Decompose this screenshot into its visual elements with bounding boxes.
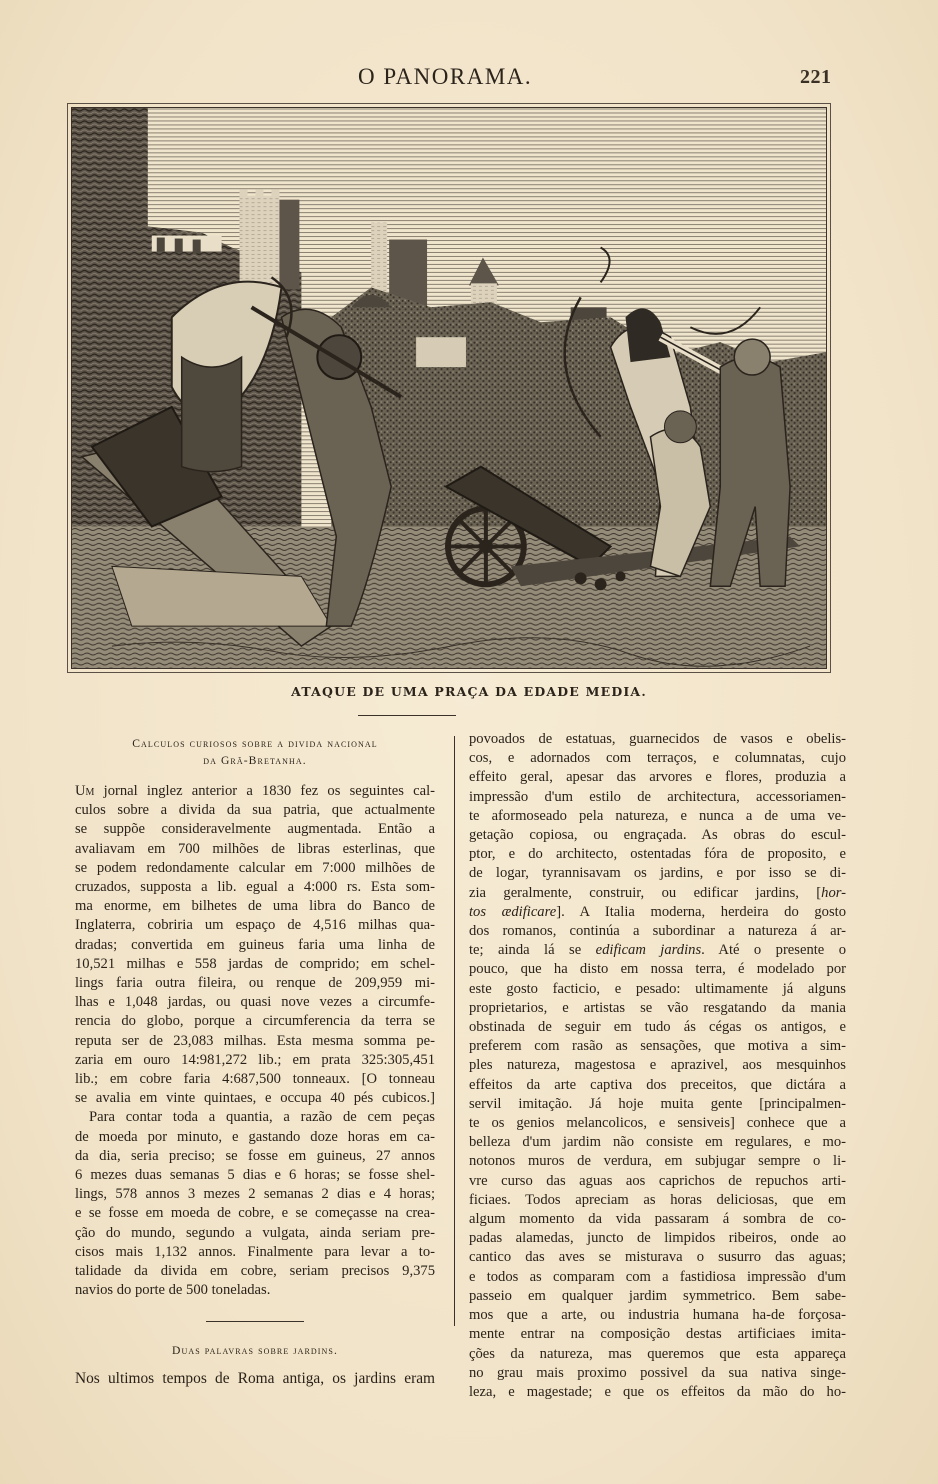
text-line: povoados de estatuas, guarnecidos de vas… — [469, 730, 846, 749]
text-line: avaliavam em 700 milhões de libras ester… — [75, 840, 435, 859]
text-line: Nos ultimos tempos de Roma antiga, os ja… — [75, 1369, 435, 1388]
text-line: ma enorme, em bilhetes de uma libra do B… — [75, 897, 435, 916]
heading-line-1: Calculos curiosos sobre a divida naciona… — [75, 735, 435, 752]
italic-latin-phrase: tos ædificare — [469, 904, 556, 920]
text-line: lings faria outra fileira, ou renque de … — [75, 974, 435, 993]
text-line: cisos mais 1,132 annos. Finalmente para … — [75, 1243, 435, 1262]
text-line: se podem redondamente calcular em 7:000 … — [75, 859, 435, 878]
text-line: rencia do globo, porque a circumferencia… — [75, 1012, 435, 1031]
article-heading-gardens: Duas palavras sobre jardins. — [75, 1342, 435, 1359]
text-line: te; ainda lá se edificam jardins. Até o … — [469, 941, 846, 960]
text-line: ficiaes. Todos apreciam as horas delicio… — [469, 1191, 846, 1210]
text-line: passeio em qualquer jardim symmetrico. B… — [469, 1287, 846, 1306]
text-line: lings, 578 annos 3 mezes 2 semanas 2 dia… — [75, 1185, 435, 1204]
text-line: da dia, seria preciso; se fosse em guine… — [75, 1147, 435, 1166]
text-line: dradas; convertida em guineus faria uma … — [75, 936, 435, 955]
text-line: vre curso das aguas aos caprichos de rep… — [469, 1172, 846, 1191]
text-line: servil imitação. Já hoje muita gente [pr… — [469, 1095, 846, 1114]
text-line: effeito geral, apesar das arvores e flor… — [469, 768, 846, 787]
text-line: padas alamedas, juncto de limpidos ribei… — [469, 1229, 846, 1248]
small-caps-initial: Um — [75, 783, 94, 799]
text-line: impressão d'um estilo de architectura, a… — [469, 788, 846, 807]
newspaper-page: O PANORAMA. 221 — [0, 0, 938, 1484]
text-line: dos romanos, continúa a subordinar a nat… — [469, 922, 846, 941]
text-line: te aformoseado pela natureza, e nunca a … — [469, 807, 846, 826]
text-line: zia geralmente, construir, ou edificar j… — [469, 884, 846, 903]
text-line: ptor, e do architecto, ostentadas fóra d… — [469, 845, 846, 864]
text-line: e todos as comparam com a fastidiosa imp… — [469, 1268, 846, 1287]
text-line: tos ædificare]. A Italia moderna, herdei… — [469, 903, 846, 922]
text-line: de logar, tyrannisavam os jardins, e por… — [469, 864, 846, 883]
text-line: cos, e adornados com terraços, e columna… — [469, 749, 846, 768]
engraving-illustration — [71, 107, 827, 669]
paragraph-national-debt-1: Um jornal inglez anterior a 1830 fez os … — [75, 782, 435, 1108]
figure-caption: ATAQUE DE UMA PRAÇA DA EDADE MEDIA. — [0, 684, 938, 699]
text-line: lib.; em cobre faria 4:687,500 tonneaux.… — [75, 1070, 435, 1089]
text-line: te os genios melancolicos, e sensiveis] … — [469, 1114, 846, 1133]
text-line: proprietarios, e artistas se vão resgata… — [469, 999, 846, 1018]
paragraph-gardens-continued: povoados de estatuas, guarnecidos de vas… — [469, 730, 846, 1402]
text-line: 6 mezes duas semanas 5 dias e 6 horas; s… — [75, 1166, 435, 1185]
text-line: pouco, que ha disto em nossa terra, é mo… — [469, 960, 846, 979]
text-line: preferem com rasão as sensações, que mot… — [469, 1037, 846, 1056]
text-line: Para contar toda a quantia, a razão de c… — [75, 1108, 435, 1127]
text-line: zaria em ouro 14:981,272 lib.; em prata … — [75, 1051, 435, 1070]
article-heading-national-debt: Calculos curiosos sobre a divida naciona… — [75, 735, 435, 769]
siege-engraving-image — [72, 108, 826, 668]
text-line: culos sobre a divida da sua patria, que … — [75, 801, 435, 820]
text-line: ples natureza, magestosa e aprazivel, ao… — [469, 1056, 846, 1075]
italic-latin-phrase: hor- — [821, 885, 846, 901]
text-line: belleza d'um jardim não consiste em regu… — [469, 1133, 846, 1152]
paragraph-gardens-start: Nos ultimos tempos de Roma antiga, os ja… — [75, 1369, 435, 1388]
text-line: este gosto facticio, e pesado: ultimamen… — [469, 980, 846, 999]
text-line: getação copiosa, ou engraçada. As obras … — [469, 826, 846, 845]
text-line: cruzados, supposta a lib. egual a 4:000 … — [75, 878, 435, 897]
text-line: Inglaterra, cobriria um espaço de 4,516 … — [75, 916, 435, 935]
running-head: O PANORAMA. 221 — [0, 62, 938, 92]
text-line: de moeda por minuto, e gastando doze hor… — [75, 1128, 435, 1147]
paragraph-national-debt-2: Para contar toda a quantia, a razão de c… — [75, 1108, 435, 1300]
text-line: navios do porte de 500 toneladas. — [75, 1281, 435, 1300]
text-line: algum momento da vida passaram á sombra … — [469, 1210, 846, 1229]
text-line: se avalia em vinte quintaes, e occupa 40… — [75, 1089, 435, 1108]
text-line: lhas e 1,048 jardas, ou quasi nove vezes… — [75, 993, 435, 1012]
article-divider-rule — [206, 1321, 304, 1322]
right-column: povoados de estatuas, guarnecidos de vas… — [469, 730, 846, 1402]
text-line: e se fosse em moeda de cobre, e se começ… — [75, 1204, 435, 1223]
text-line: leza, e magestade; e que os effeitos da … — [469, 1383, 846, 1402]
heading-line-2: da Grã-Bretanha. — [75, 752, 435, 769]
text-line: mos que a arte, ou industria humana ha-d… — [469, 1306, 846, 1325]
text-line: se suppõe consideravelmente augmentada. … — [75, 820, 435, 839]
text-line: reputa ser de 23,083 milhas. Esta mesma … — [75, 1032, 435, 1051]
text-line: cantico das aves se misturava o susurro … — [469, 1248, 846, 1267]
text-line: obstinada de seguir em tudo ás cégas os … — [469, 1018, 846, 1037]
text-line: mente entrar na composição destas artifi… — [469, 1325, 846, 1344]
text-line: no grau mais proximo possivel da sua nat… — [469, 1364, 846, 1383]
text-line: talidade da divida em cobre, seriam prec… — [75, 1262, 435, 1281]
caption-rule — [358, 715, 456, 716]
column-divider — [454, 736, 455, 1326]
text-line: 10,521 milhas e 558 jardas de comprido; … — [75, 955, 435, 974]
text-line: effeitos da arte captiva dos preceitos, … — [469, 1076, 846, 1095]
text-line: ções da natureza, mas queremos que esta … — [469, 1345, 846, 1364]
page-number: 221 — [800, 66, 832, 89]
left-column: Calculos curiosos sobre a divida naciona… — [75, 735, 435, 1389]
text-line: ção do mundo, segundo a vulgata, ainda s… — [75, 1224, 435, 1243]
text-line: Um jornal inglez anterior a 1830 fez os … — [75, 782, 435, 801]
journal-title: O PANORAMA. — [358, 64, 532, 90]
text-line: notonos muros de verdura, em subjugar se… — [469, 1152, 846, 1171]
italic-latin-phrase: edificam jardins — [596, 942, 702, 958]
